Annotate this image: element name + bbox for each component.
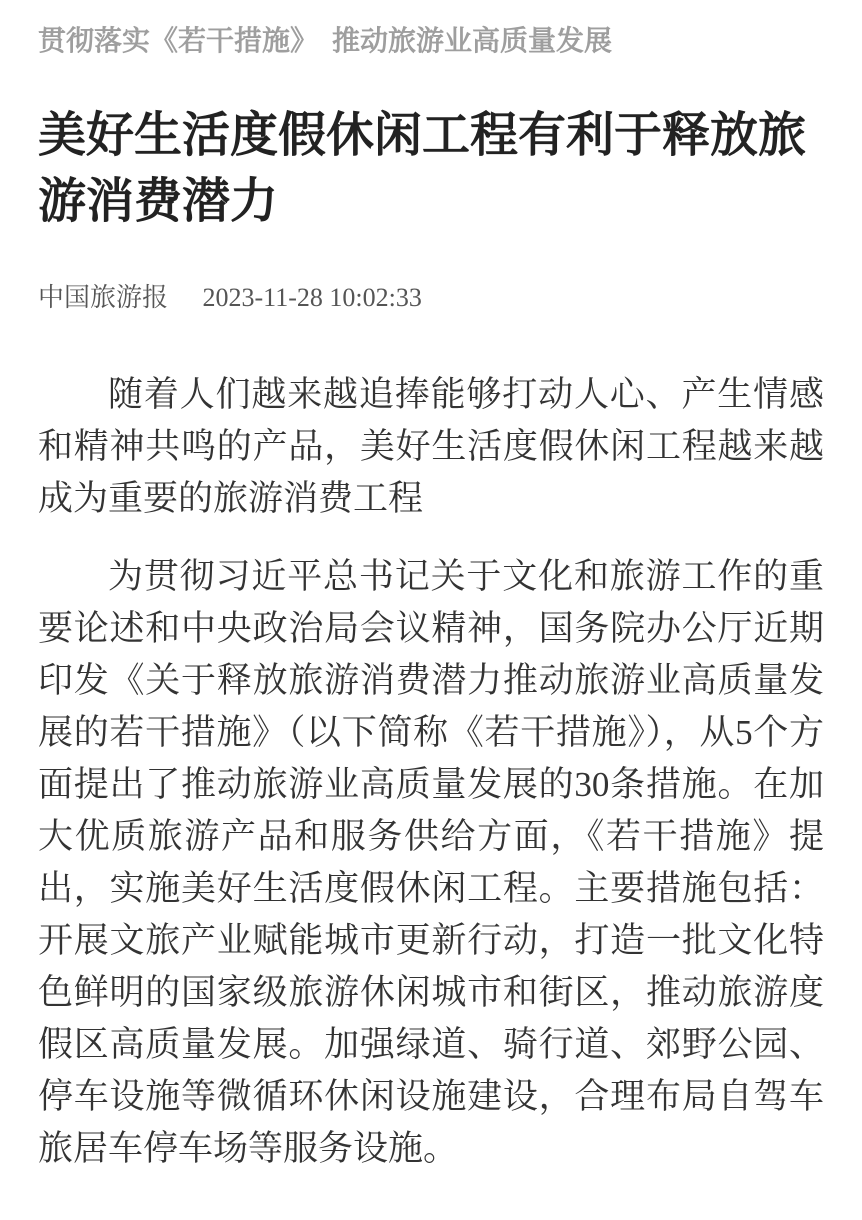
article-kicker: 贯彻落实《若干措施》 推动旅游业高质量发展 (38, 0, 824, 58)
article-paragraph-main: 为贯彻习近平总书记关于文化和旅游工作的重要论述和中央政治局会议精神，国务院办公厅… (38, 551, 824, 1175)
article-paragraph-lead: 随着人们越来越追捧能够打动人心、产生情感和精神共鸣的产品，美好生活度假休闲工程越… (38, 369, 824, 525)
article-datetime: 2023-11-28 10:02:33 (203, 283, 422, 312)
article-page: 贯彻落实《若干措施》 推动旅游业高质量发展 美好生活度假休闲工程有利于释放旅游消… (0, 0, 862, 1175)
article-source: 中国旅游报 (38, 283, 168, 312)
article-title: 美好生活度假休闲工程有利于释放旅游消费潜力 (38, 103, 824, 235)
article-meta: 中国旅游报 2023-11-28 10:02:33 (38, 281, 824, 315)
